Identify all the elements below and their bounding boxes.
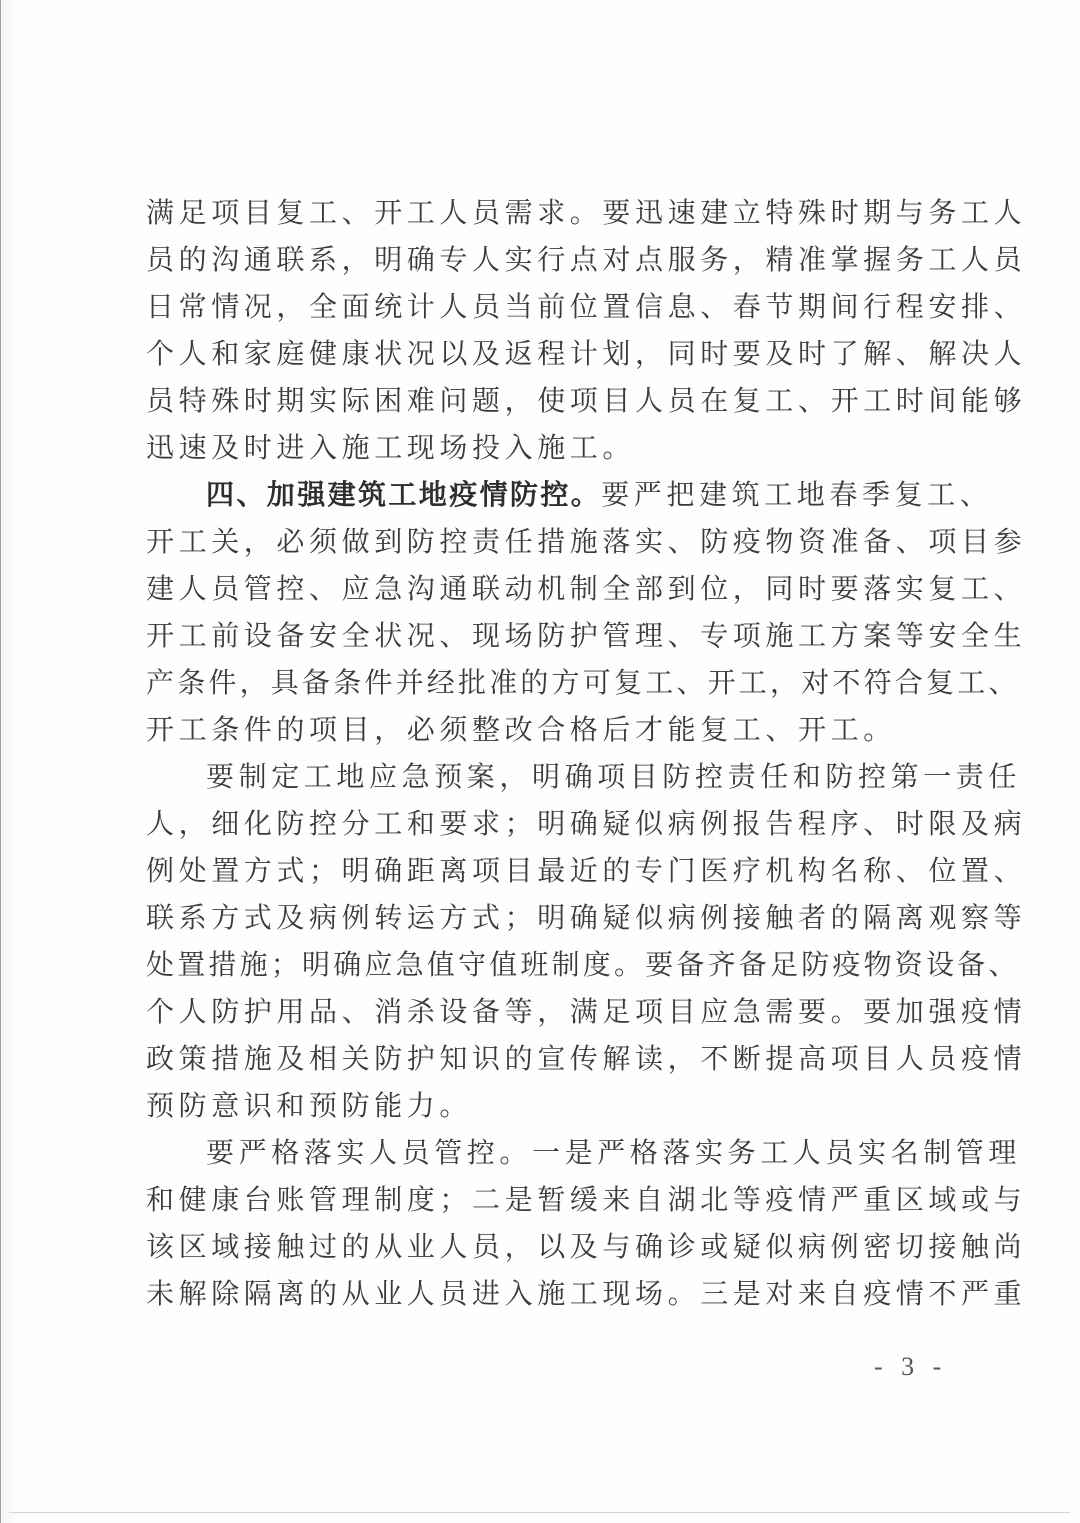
text-line: 和健康台账管理制度；二是暂缓来自湖北等疫情严重区域或与	[146, 1176, 946, 1223]
text-line: 日常情况，全面统计人员当前位置信息、春节期间行程安排、	[146, 283, 946, 330]
text-line: 预防意识和预防能力。	[146, 1082, 946, 1129]
text-line: 联系方式及病例转运方式；明确疑似病例接触者的隔离观察等	[146, 894, 946, 941]
text-line: 满足项目复工、开工人员需求。要迅速建立特殊时期与务工人	[146, 189, 946, 236]
text-run: 要严把建筑工地春季复工、	[601, 478, 992, 511]
section-heading: 四、加强建筑工地疫情防控。	[206, 478, 601, 511]
text-line: 人，细化防控分工和要求；明确疑似病例报告程序、时限及病	[146, 800, 946, 847]
page-number: - 3 -	[874, 1352, 947, 1382]
text-line: 迅速及时进入施工现场投入施工。	[146, 424, 946, 471]
text-line: 产条件，具备条件并经批准的方可复工、开工，对不符合复工、	[146, 659, 946, 706]
scan-edge-shadow	[2, 0, 18, 1523]
text-line: 员的沟通联系，明确专人实行点对点服务，精准掌握务工人员	[146, 236, 946, 283]
text-line: 建人员管控、应急沟通联动机制全部到位，同时要落实复工、	[146, 565, 946, 612]
text-line: 开工关，必须做到防控责任措施落实、防疫物资准备、项目参	[146, 518, 946, 565]
text-line: 个人和家庭健康状况以及返程计划，同时要及时了解、解决人	[146, 330, 946, 377]
paragraph-start-line: 要制定工地应急预案，明确项目防控责任和防控第一责任	[146, 753, 946, 800]
text-line: 开工条件的项目，必须整改合格后才能复工、开工。	[146, 706, 946, 753]
text-line: 该区域接触过的从业人员，以及与确诊或疑似病例密切接触尚	[146, 1223, 946, 1270]
text-line: 处置措施；明确应急值守值班制度。要备齐备足防疫物资设备、	[146, 941, 946, 988]
paragraph-start-line: 要严格落实人员管控。一是严格落实务工人员实名制管理	[146, 1129, 946, 1176]
document-body: 满足项目复工、开工人员需求。要迅速建立特殊时期与务工人 员的沟通联系，明确专人实…	[146, 189, 946, 1317]
text-line: 员特殊时期实际困难问题，使项目人员在复工、开工时间能够	[146, 377, 946, 424]
text-line: 开工前设备安全状况、现场防护管理、专项施工方案等安全生	[146, 612, 946, 659]
text-line: 未解除隔离的从业人员进入施工现场。三是对来自疫情不严重	[146, 1270, 946, 1317]
text-line: 例处置方式；明确距离项目最近的专门医疗机构名称、位置、	[146, 847, 946, 894]
page-bottom-edge	[9, 1512, 1070, 1513]
document-page: 满足项目复工、开工人员需求。要迅速建立特殊时期与务工人 员的沟通联系，明确专人实…	[0, 0, 1080, 1523]
text-line: 政策措施及相关防护知识的宣传解读，不断提高项目人员疫情	[146, 1035, 946, 1082]
section-heading-line: 四、加强建筑工地疫情防控。要严把建筑工地春季复工、	[146, 471, 946, 518]
text-line: 个人防护用品、消杀设备等，满足项目应急需要。要加强疫情	[146, 988, 946, 1035]
